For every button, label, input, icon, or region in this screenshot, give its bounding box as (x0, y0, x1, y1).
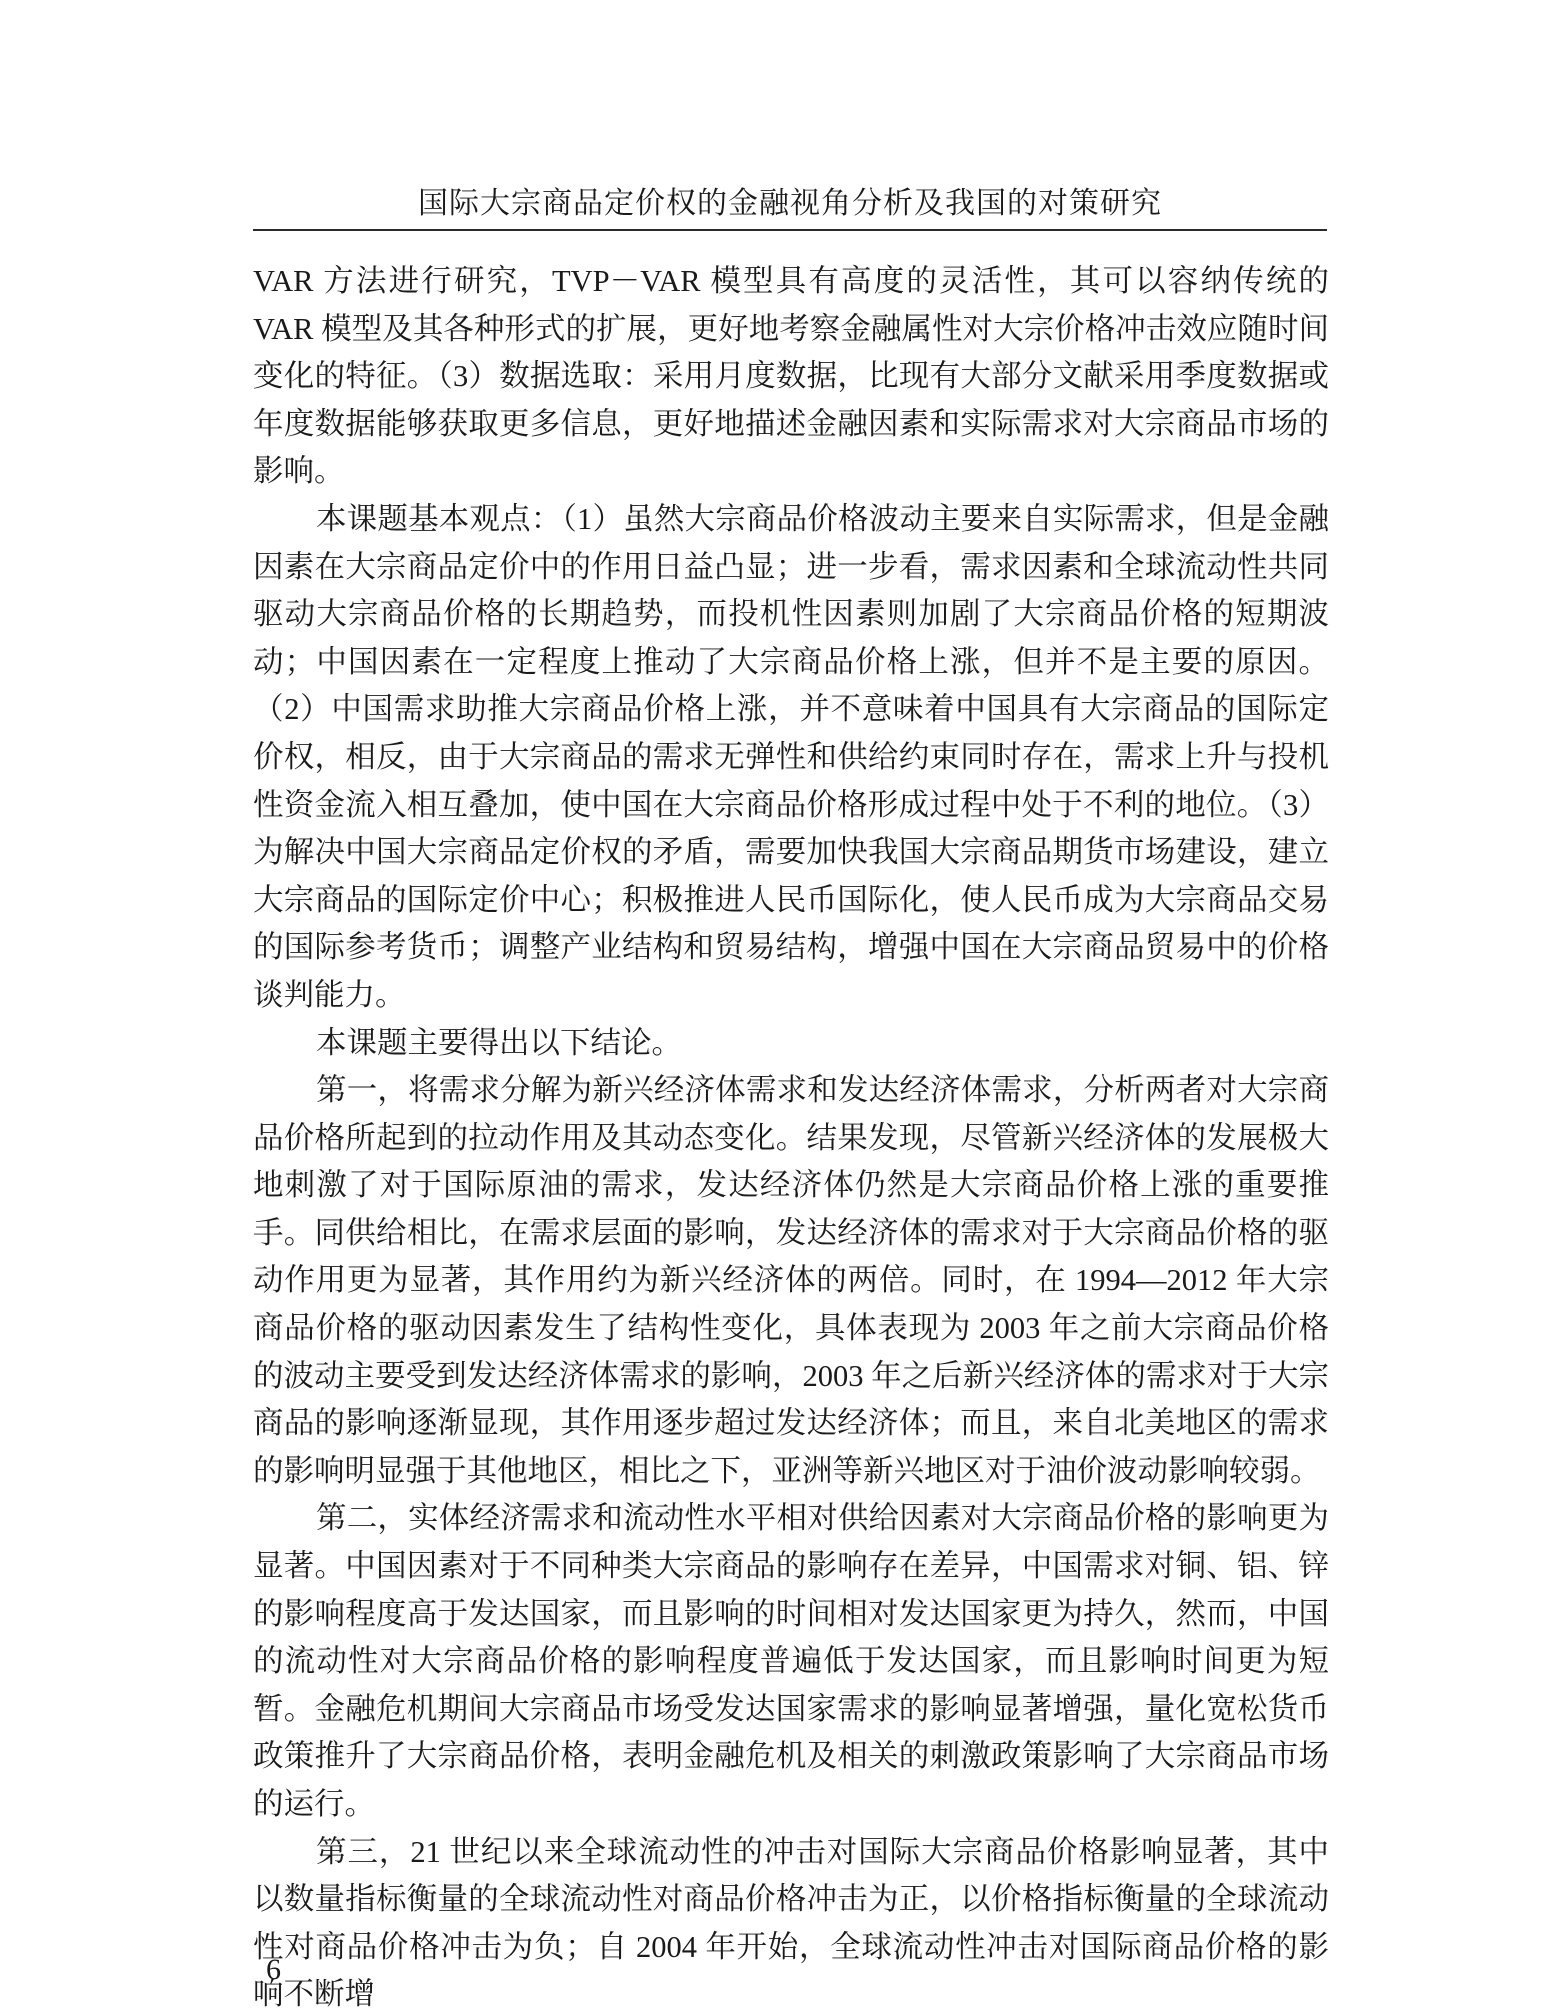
paragraph-conclusions-intro: 本课题主要得出以下结论。 (253, 1020, 1329, 1068)
paragraph-conclusion-second: 第二，实体经济需求和流动性水平相对供给因素对大宗商品价格的影响更为显著。中国因素… (253, 1495, 1329, 1828)
document-page: 国际大宗商品定价权的金融视角分析及我国的对策研究 VAR 方法进行研究，TVP－… (0, 0, 1559, 2013)
running-header-title: 国际大宗商品定价权的金融视角分析及我国的对策研究 (253, 184, 1327, 224)
paragraph-conclusion-third: 第三，21 世纪以来全球流动性的冲击对国际大宗商品价格影响显著，其中以数量指标衡… (253, 1829, 1329, 2013)
paragraph-conclusion-first: 第一，将需求分解为新兴经济体需求和发达经济体需求，分析两者对大宗商品价格所起到的… (253, 1067, 1329, 1495)
paragraph-basic-viewpoints: 本课题基本观点：（1）虽然大宗商品价格波动主要来自实际需求，但是金融因素在大宗商… (253, 496, 1329, 1020)
body-text: VAR 方法进行研究，TVP－VAR 模型具有高度的灵活性，其可以容纳传统的 V… (253, 258, 1329, 2013)
paragraph-methods-continued: VAR 方法进行研究，TVP－VAR 模型具有高度的灵活性，其可以容纳传统的 V… (253, 258, 1329, 496)
page-number: 6 (266, 1952, 281, 1988)
header-divider (253, 229, 1327, 231)
